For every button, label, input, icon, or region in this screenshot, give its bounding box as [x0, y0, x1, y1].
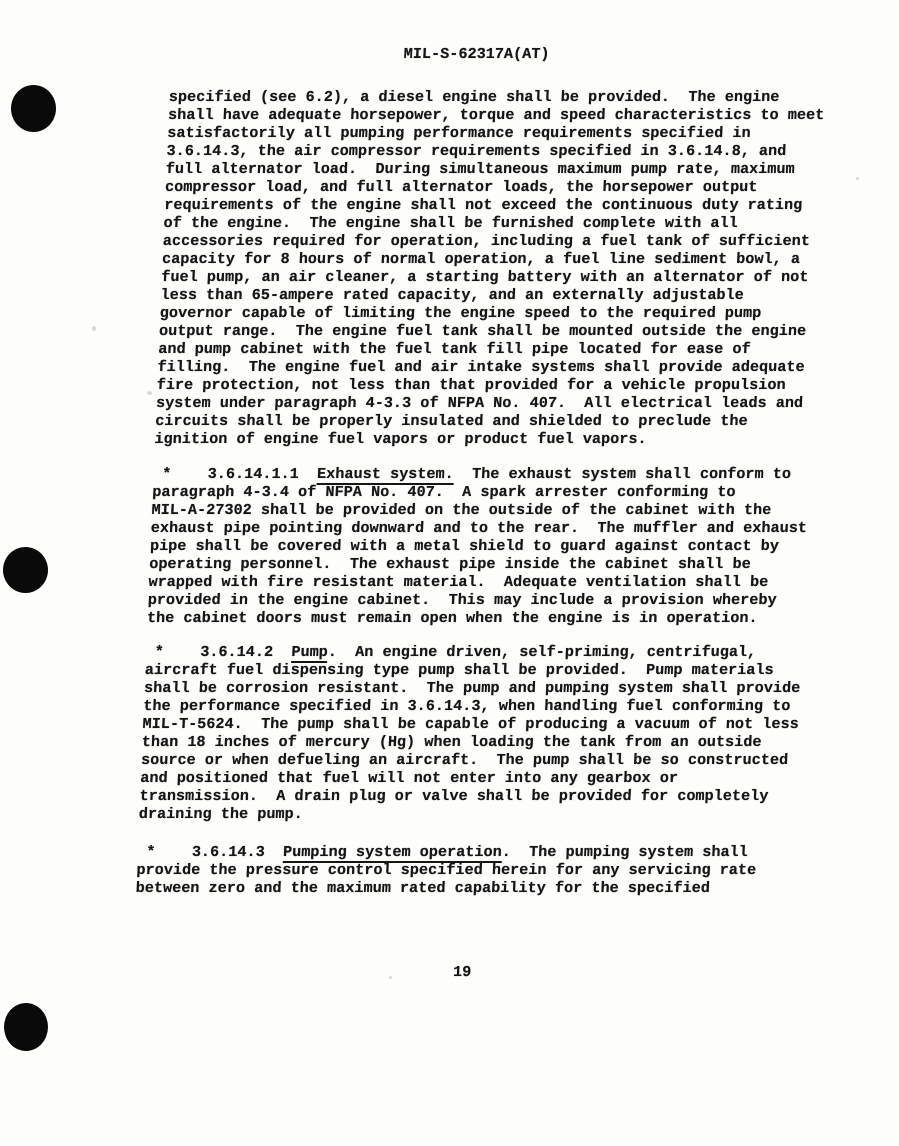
hole-punch-bottom — [4, 1003, 48, 1051]
typed-text-block: MIL-S-62317A(AT) specified (see 6.2), a … — [132, 45, 861, 981]
scan-speck — [856, 177, 859, 180]
section-paragraph-exhaust-system: * 3.6.14.1.1 Exhaust system. The exhaust… — [147, 465, 844, 627]
page-number: 19 — [132, 963, 793, 981]
scan-speck — [147, 391, 152, 395]
document-header: MIL-S-62317A(AT) — [170, 45, 783, 63]
section-prefix: * 3.6.14.2 — [145, 643, 292, 661]
section-title-pump: Pump — [291, 643, 328, 663]
scanned-document-page: MIL-S-62317A(AT) specified (see 6.2), a … — [0, 0, 899, 1146]
section-prefix: * 3.6.14.1.1 — [153, 465, 318, 483]
section-body: . An engine driven, self-priming, centri… — [138, 643, 800, 823]
body-paragraph-engine: specified (see 6.2), a diesel engine sha… — [154, 88, 859, 448]
hole-punch-middle — [3, 547, 48, 593]
section-title-pumping-system-operation: Pumping system operation — [283, 843, 503, 863]
hole-punch-top — [11, 85, 56, 132]
section-body: The exhaust system shall conform to para… — [147, 465, 808, 627]
section-title-exhaust-system: Exhaust system. — [317, 465, 455, 485]
section-paragraph-pump: * 3.6.14.2 Pump. An engine driven, self-… — [138, 643, 836, 823]
section-paragraph-pumping-system-operation: * 3.6.14.3 Pumping system operation. The… — [135, 843, 827, 897]
scan-speck — [92, 326, 96, 331]
section-prefix: * 3.6.14.3 — [137, 843, 284, 861]
